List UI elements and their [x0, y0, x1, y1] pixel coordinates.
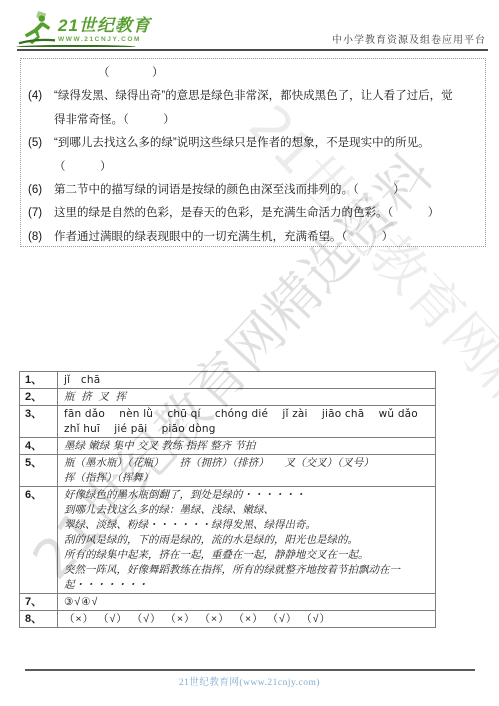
platform-tagline: 中小学教育资源及组卷应用平台 — [332, 31, 486, 46]
question-text: 得非常奇怪。（ ） — [54, 109, 478, 132]
row-number: 7、 — [20, 594, 58, 611]
brand-name: 21世纪教育 — [58, 17, 151, 35]
row-answer: 瓶 挤 叉 挥 — [58, 389, 436, 406]
row-answer: fān dǎo nèn lǜ chū qí chóng dié jǐ zài j… — [58, 406, 436, 438]
table-row: 2、 瓶 挤 叉 挥 — [20, 389, 436, 406]
question-number: (8) — [28, 226, 54, 249]
question-text: “绿得发黑、绿得出奇”的意思是绿色非常深，都快成黑色了，让人看了过后，觉 — [54, 85, 478, 108]
header-divider — [17, 49, 488, 51]
row-answer: （×） （√） （√） （×） （×） （×） （√） （√） — [58, 611, 436, 628]
table-row: 5、 瓶（墨水瓶）（花瓶） 挤（拥挤）（排挤） 叉（交叉）（叉号） 挥（指挥）（… — [20, 455, 436, 487]
question-item-7: (7) 这里的绿是自然的色彩，是春天的色彩，是充满生命活力的色彩。（ ） — [28, 202, 478, 225]
question-number: (5) — [28, 132, 54, 179]
question-text: “到哪儿去找这么多的绿”说明这些绿只是作者的想象，不是现实中的所见。 — [54, 132, 478, 155]
question-text: 作者通过满眼的绿表现眼中的一切充满生机，充满希望。（ ） — [54, 226, 478, 249]
question-number: (6) — [28, 179, 54, 202]
row-answer: 瓶（墨水瓶）（花瓶） 挤（拥挤）（排挤） 叉（交叉）（叉号） 挥（指挥）（挥舞） — [58, 455, 436, 487]
row-answer: ③√④√ — [58, 594, 436, 611]
row-number: 5、 — [20, 455, 58, 487]
question-item-4: (4) “绿得发黑、绿得出奇”的意思是绿色非常深，都快成黑色了，让人看了过后，觉… — [28, 85, 478, 132]
table-row: 3、 fān dǎo nèn lǜ chū qí chóng dié jǐ zà… — [20, 406, 436, 438]
question-item-8: (8) 作者通过满眼的绿表现眼中的一切充满生机，充满希望。（ ） — [28, 226, 478, 249]
row-number: 2、 — [20, 389, 58, 406]
question-number: (7) — [28, 202, 54, 225]
question-text: 这里的绿是自然的色彩，是春天的色彩，是充满生命活力的色彩。（ ） — [54, 202, 478, 225]
table-row: 1、 jǐ chā — [20, 372, 436, 389]
runner-icon — [18, 11, 56, 47]
row-number: 3、 — [20, 406, 58, 438]
row-answer: jǐ chā — [58, 372, 436, 389]
row-number: 4、 — [20, 438, 58, 455]
answer-key-table: 1、 jǐ chā 2、 瓶 挤 叉 挥 3、 fān dǎo nèn lǜ c… — [19, 371, 436, 628]
table-row: 4、 墨绿 嫩绿 集中 交叉 教练 指挥 整齐 节拍 — [20, 438, 436, 455]
footer-site-text: 21世纪教育网(www.21cnjy.com) — [0, 674, 499, 688]
question-text: （ ） — [54, 156, 478, 179]
worksheet-page: 21世纪教育 www.21cnjy.com 中小学教育资源及组卷应用平台 （ ）… — [0, 0, 499, 706]
row-answer: 好像绿色的墨水瓶倒翻了，到处是绿的・・・・・・ 到哪儿去找这么多的绿：墨绿、浅绿… — [58, 487, 436, 594]
row-answer: 墨绿 嫩绿 集中 交叉 教练 指挥 整齐 节拍 — [58, 438, 436, 455]
question-item-5: (5) “到哪儿去找这么多的绿”说明这些绿只是作者的想象，不是现实中的所见。 （… — [28, 132, 478, 179]
table-row: 6、 好像绿色的墨水瓶倒翻了，到处是绿的・・・・・・ 到哪儿去找这么多的绿：墨绿… — [20, 487, 436, 594]
page-header: 21世纪教育 www.21cnjy.com 中小学教育资源及组卷应用平台 — [0, 0, 499, 52]
question-number: (4) — [28, 85, 54, 132]
brand-url: www.21cnjy.com — [58, 36, 151, 44]
orphan-answer-blank: （ ） — [98, 62, 478, 85]
question-text: 第二节中的描写绿的词语是按绿的颜色由深至浅而排列的。（ ） — [54, 179, 478, 202]
row-number: 8、 — [20, 611, 58, 628]
table-row: 7、 ③√④√ — [20, 594, 436, 611]
brand-logo: 21世纪教育 www.21cnjy.com — [18, 11, 151, 47]
table-row: 8、 （×） （√） （√） （×） （×） （×） （√） （√） — [20, 611, 436, 628]
row-number: 1、 — [20, 372, 58, 389]
row-number: 6、 — [20, 487, 58, 594]
question-item-6: (6) 第二节中的描写绿的词语是按绿的颜色由深至浅而排列的。（ ） — [28, 179, 478, 202]
review-questions-box: （ ） (4) “绿得发黑、绿得出奇”的意思是绿色非常深，都快成黑色了，让人看了… — [20, 58, 486, 247]
footer-divider — [25, 669, 475, 671]
